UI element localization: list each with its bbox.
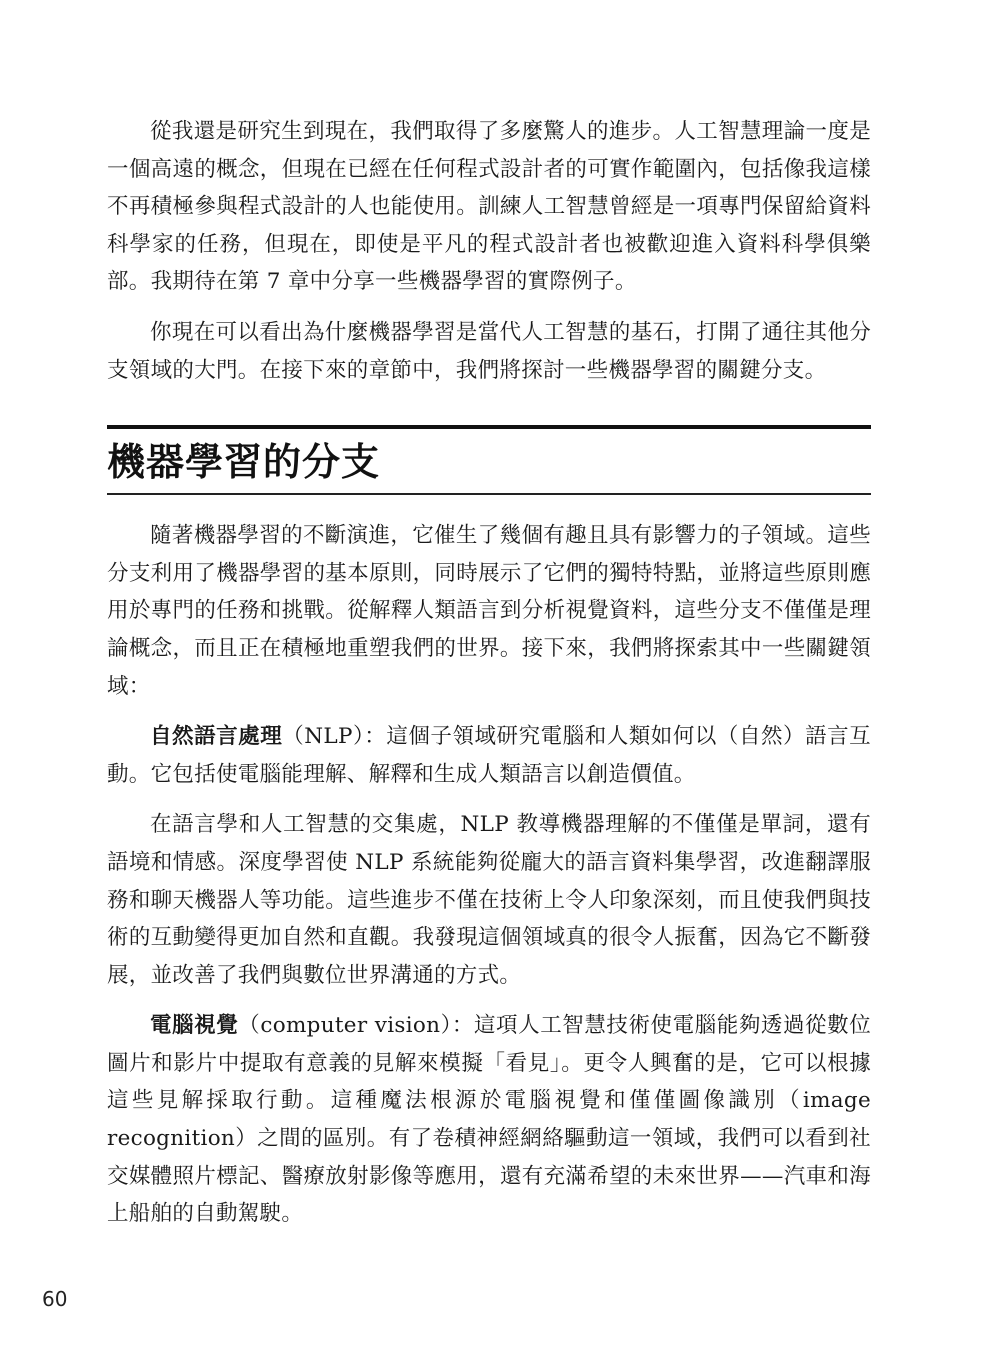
term-label: 電腦視覺 (150, 1013, 238, 1038)
paragraph-text: 隨著機器學習的不斷演進，它催生了幾個有趣且具有影響力的子領域。這些分支利用了機器… (107, 523, 871, 698)
section-paragraph-nlp: 自然語言處理（NLP）：這個子領域研究電腦和人類如何以（自然）語言互動。它包括使… (107, 718, 871, 793)
section-paragraph-cv: 電腦視覺（computer vision）：這項人工智慧技術使電腦能夠透過從數位… (107, 1007, 871, 1233)
paragraph-text: （computer vision）：這項人工智慧技術使電腦能夠透過從數位圖片和影… (107, 1013, 871, 1226)
term-label: 自然語言處理 (150, 724, 282, 749)
intro-paragraph: 你現在可以看出為什麼機器學習是當代人工智慧的基石，打開了通往其他分支領域的大門。… (107, 314, 871, 389)
intro-paragraph: 從我還是研究生到現在，我們取得了多麼驚人的進步。人工智慧理論一度是一個高遠的概念… (107, 113, 871, 301)
page-body: 從我還是研究生到現在，我們取得了多麼驚人的進步。人工智慧理論一度是一個高遠的概念… (107, 113, 871, 1246)
section-header: 機器學習的分支 (107, 425, 871, 495)
section-paragraph: 在語言學和人工智慧的交集處，NLP 教導機器理解的不僅僅是單詞，還有語境和情感。… (107, 806, 871, 994)
paragraph-text: 在語言學和人工智慧的交集處，NLP 教導機器理解的不僅僅是單詞，還有語境和情感。… (107, 812, 871, 987)
page-number: 60 (42, 1287, 67, 1311)
section-paragraph: 隨著機器學習的不斷演進，它催生了幾個有趣且具有影響力的子領域。這些分支利用了機器… (107, 517, 871, 705)
section-heading: 機器學習的分支 (107, 429, 871, 493)
section-bottom-rule (107, 493, 871, 495)
